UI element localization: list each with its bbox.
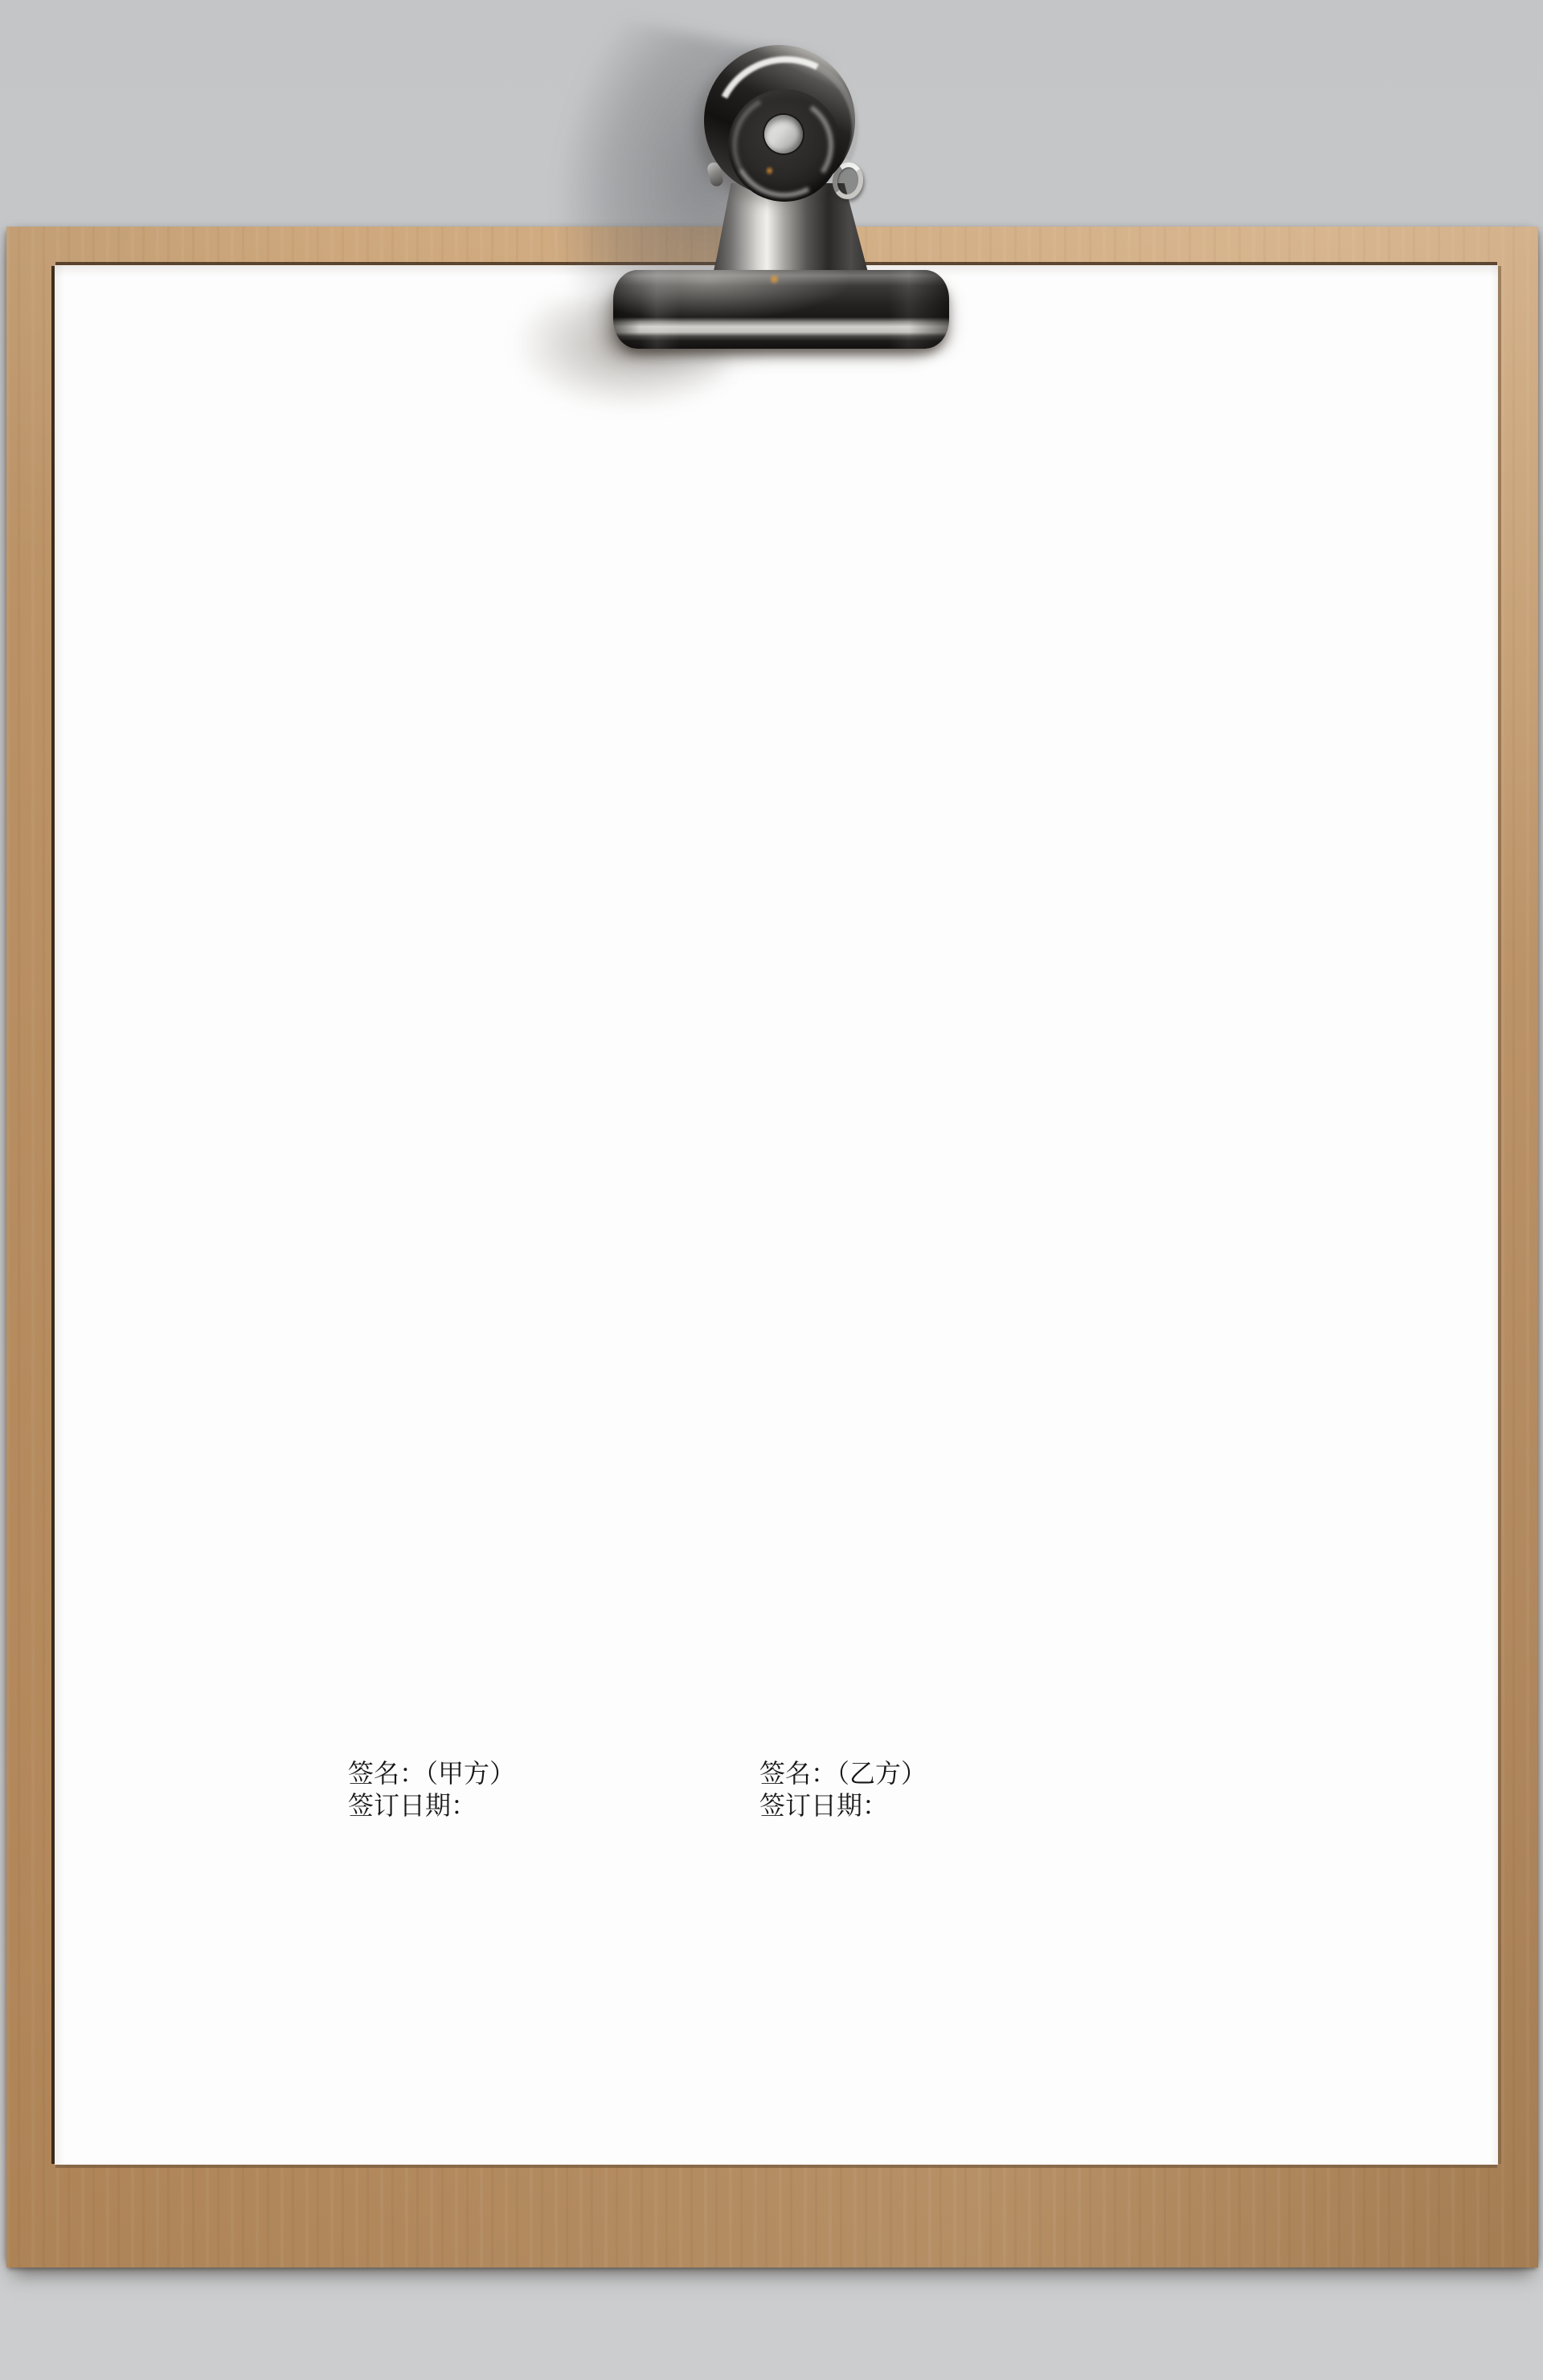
contract-line bbox=[348, 869, 1296, 901]
contract-line bbox=[348, 678, 1296, 710]
contract-line bbox=[348, 647, 1296, 679]
party-b-signature-label: 签名：（乙方） bbox=[759, 1758, 927, 1790]
contract-text-block bbox=[348, 551, 1296, 1694]
contract-line bbox=[348, 1059, 1296, 1091]
contract-line bbox=[348, 1249, 1296, 1282]
contract-line bbox=[348, 583, 1296, 615]
contract-line bbox=[348, 1472, 1296, 1504]
contract-line bbox=[348, 1536, 1296, 1568]
contract-line bbox=[348, 996, 1296, 1028]
contract-line bbox=[348, 1567, 1296, 1599]
party-a-date-label: 签订日期： bbox=[348, 1790, 477, 1822]
contract-line bbox=[348, 615, 1296, 647]
contract-line bbox=[348, 837, 1296, 869]
photo-scene: 签名：（甲方） 签名：（乙方） 签订日期： 签订日期： bbox=[0, 0, 1543, 2380]
contract-line bbox=[348, 1028, 1296, 1060]
contract-line bbox=[348, 932, 1296, 964]
contract-line bbox=[348, 1503, 1296, 1536]
signature-name-row: 签名：（甲方） 签名：（乙方） bbox=[348, 1758, 1296, 1790]
contract-line bbox=[348, 742, 1296, 774]
contract-line bbox=[348, 1440, 1296, 1472]
contract-line bbox=[348, 1345, 1296, 1377]
contract-line bbox=[348, 1186, 1296, 1218]
contract-line bbox=[348, 964, 1296, 996]
party-a-signature-label: 签名：（甲方） bbox=[348, 1758, 515, 1790]
contract-line bbox=[348, 1409, 1296, 1441]
contract-line bbox=[348, 901, 1296, 933]
contract-line bbox=[348, 805, 1296, 837]
contract-line bbox=[348, 1599, 1296, 1631]
contract-line bbox=[348, 1155, 1296, 1187]
signature-block: 签名：（甲方） 签名：（乙方） 签订日期： 签订日期： bbox=[348, 1758, 1296, 1822]
clip-reflection-glint bbox=[766, 166, 773, 176]
contract-line bbox=[348, 1630, 1296, 1662]
contract-line bbox=[348, 1313, 1296, 1345]
contract-line bbox=[348, 1662, 1296, 1695]
contract-line bbox=[348, 1218, 1296, 1250]
signature-date-row: 签订日期： 签订日期： bbox=[348, 1790, 1296, 1822]
clip-reflection-glint bbox=[770, 273, 779, 285]
contract-line bbox=[348, 710, 1296, 742]
contract-line bbox=[348, 1091, 1296, 1123]
contract-line bbox=[348, 1282, 1296, 1314]
clip-center-hole bbox=[764, 115, 803, 153]
contract-line bbox=[348, 551, 1296, 583]
binder-clip-base bbox=[613, 270, 949, 349]
contract-line bbox=[348, 1376, 1296, 1409]
contract-line bbox=[348, 1123, 1296, 1155]
party-b-date-label: 签订日期： bbox=[759, 1790, 888, 1822]
contract-line bbox=[348, 774, 1296, 806]
